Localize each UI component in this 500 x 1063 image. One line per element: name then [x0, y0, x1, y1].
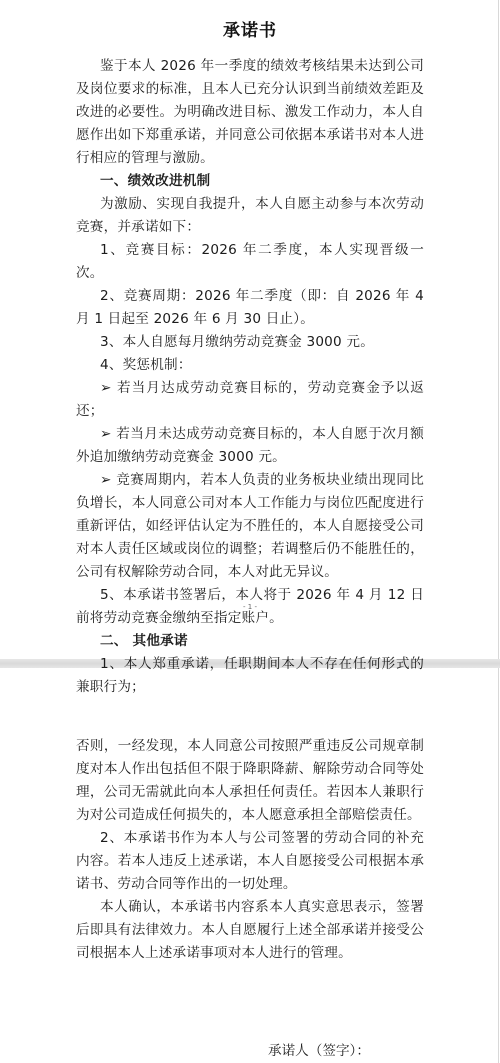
- bullet-3: ➢ 竞赛周期内，若本人负责的业务板块业绩出现同比负增长，本人同意公司对本人工作能…: [76, 469, 424, 584]
- continuation-paragraph: 否则，一经发现，本人同意公司按照严重违反公司规章制度对本人作出包括但不限于降职降…: [76, 735, 424, 827]
- page-2-body: 否则，一经发现，本人同意公司按照严重违反公司规章制度对本人作出包括但不限于降职降…: [76, 735, 424, 965]
- bullet-1: ➢ 若当月达成劳动竞赛目标的，劳动竞赛金予以返还；: [76, 377, 424, 423]
- confirmation-paragraph: 本人确认，本承诺书内容系本人真实意思表示，签署后即具有法律效力。本人自愿履行上述…: [76, 896, 424, 965]
- signature-label: 承诺人（签字）：: [268, 1039, 370, 1059]
- page-number: - 1 -: [0, 603, 500, 611]
- section-1-intro: 为激励、实现自我提升，本人自愿主动参与本次劳动竞赛，并承诺如下：: [76, 193, 424, 239]
- section-2-item-1: 1、本人郑重承诺，任职期间本人不存在任何形式的兼职行为；: [76, 653, 424, 699]
- document-title: 承诺书: [0, 16, 500, 41]
- bullet-2: ➢ 若当月未达成劳动竞赛目标的，本人自愿于次月额外追加缴纳劳动竞赛金 3000 …: [76, 423, 424, 469]
- section-2-item-2: 2、本承诺书作为本人与公司签署的劳动合同的补充内容。若本人违反上述承诺，本人自愿…: [76, 827, 424, 896]
- item-4: 4、奖惩机制：: [76, 354, 424, 377]
- intro-paragraph: 鉴于本人 2026 年一季度的绩效考核结果未达到公司及岗位要求的标准，且本人已充…: [76, 55, 424, 170]
- section-2-heading: 二、 其他承诺: [76, 630, 424, 653]
- item-2: 2、竞赛周期：2026 年二季度（即：自 2026 年 4 月 1 日起至 20…: [76, 285, 424, 331]
- item-1: 1、竞赛目标：2026 年二季度，本人实现晋级一次。: [76, 239, 424, 285]
- item-3: 3、本人自愿每月缴纳劳动竞赛金 3000 元。: [76, 331, 424, 354]
- section-1-heading: 一、绩效改进机制: [76, 170, 424, 193]
